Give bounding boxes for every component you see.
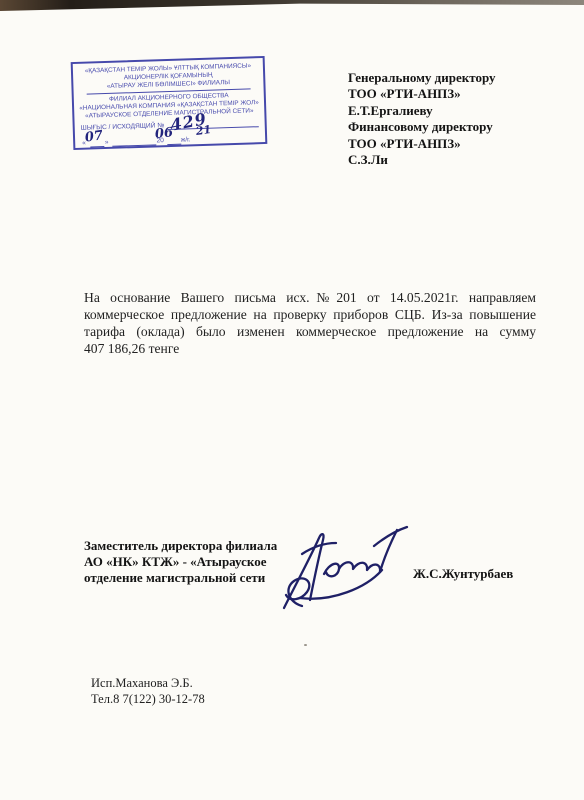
recipient-line-1: Генеральному директору — [348, 70, 548, 86]
signatory-name: Ж.С.Жунтурбаев — [413, 566, 513, 582]
body-line-2: коммерческое предложение на проверку при… — [84, 306, 536, 323]
stamp-close-quote: » — [105, 139, 109, 147]
signatory-title-line-1: Заместитель директора филиала — [84, 538, 304, 554]
handwritten-day: 07 — [85, 132, 104, 142]
recipient-line-4: Финансовому директору — [348, 119, 548, 135]
signatory-title-line-2: АО «НК» КТЖ» - «Атырауское — [84, 554, 304, 570]
executor-phone: Тел.8 7(122) 30-12-78 — [91, 692, 205, 708]
scan-edge-artifact — [0, 0, 584, 14]
stamp-year-suffix: ж/г. — [181, 136, 191, 144]
body-line-3: тарифа (оклада) было изменен коммерческо… — [84, 323, 536, 340]
signatory-title: Заместитель директора филиала АО «НК» КТ… — [84, 538, 304, 586]
recipient-line-2: ТОО «РТИ-АНПЗ» — [348, 86, 548, 102]
letter-body: На основание Вашего письма исх.№201 от 1… — [84, 289, 536, 357]
stamp-month-line — [112, 137, 156, 146]
handwritten-year: 21 — [195, 126, 211, 136]
handwritten-signature — [274, 518, 419, 613]
scan-speck — [304, 644, 307, 646]
executor-name: Исп.Маханова Э.Б. — [91, 676, 205, 692]
body-line-4: 407 186,26 тенге — [84, 340, 536, 357]
signatory-title-line-3: отделение магистральной сети — [84, 570, 304, 586]
scanned-letter-page: «ҚАЗАҚСТАН ТЕМІР ЖОЛЫ» ҰЛТТЫҚ КОМПАНИЯСЫ… — [0, 0, 584, 800]
recipient-line-5: ТОО «РТИ-АНПЗ» — [348, 136, 548, 152]
body-line-1: На основание Вашего письма исх.№201 от 1… — [84, 289, 536, 306]
handwritten-month: 06 — [155, 129, 174, 139]
recipient-block: Генеральному директору ТОО «РТИ-АНПЗ» Е.… — [348, 70, 548, 168]
recipient-line-6: С.З.Ли — [348, 152, 548, 168]
executor-block: Исп.Маханова Э.Б. Тел.8 7(122) 30-12-78 — [91, 676, 205, 707]
registration-stamp: «ҚАЗАҚСТАН ТЕМІР ЖОЛЫ» ҰЛТТЫҚ КОМПАНИЯСЫ… — [71, 56, 268, 150]
recipient-line-3: Е.Т.Ергалиеву — [348, 103, 548, 119]
